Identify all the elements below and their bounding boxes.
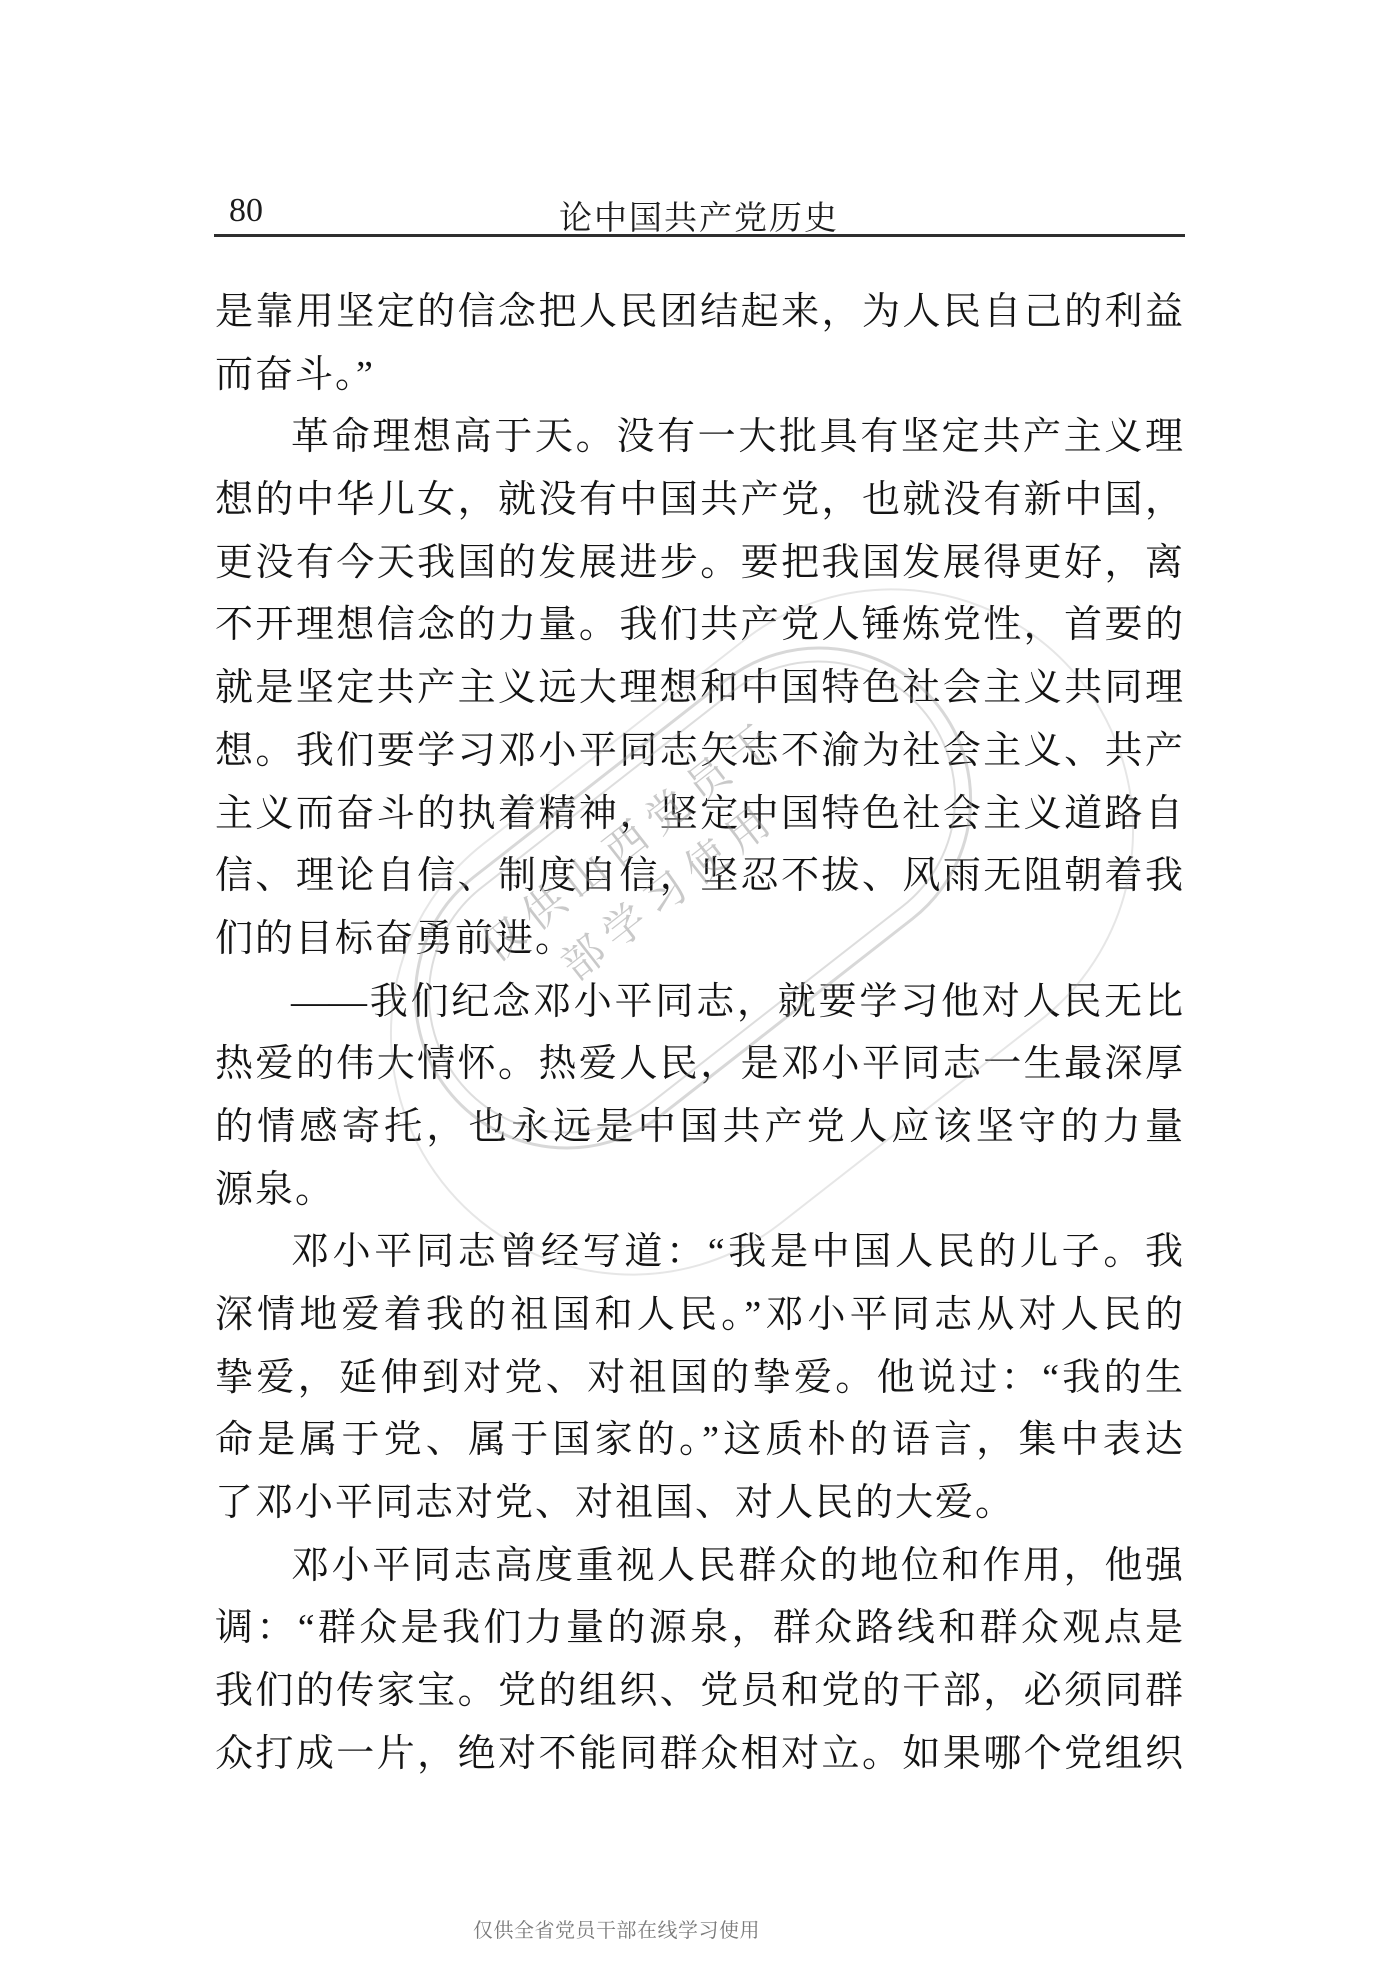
- text-line: 而奋斗。”: [215, 344, 1183, 407]
- text-line: 革命理想高于天。没有一大批具有坚定共产主义理: [215, 406, 1183, 469]
- text-line: 的情感寄托，也永远是中国共产党人应该坚守的力量: [215, 1096, 1183, 1159]
- text-line: 邓小平同志曾经写道：“我是中国人民的儿子。我: [215, 1221, 1183, 1284]
- text-line: ——我们纪念邓小平同志，就要学习他对人民无比: [215, 971, 1183, 1034]
- text-line: 热爱的伟大情怀。热爱人民，是邓小平同志一生最深厚: [215, 1033, 1183, 1096]
- text-line: 主义而奋斗的执着精神，坚定中国特色社会主义道路自: [215, 783, 1183, 846]
- body-text: 是靠用坚定的信念把人民团结起来，为人民自己的利益而奋斗。”革命理想高于天。没有一…: [215, 281, 1183, 1786]
- text-line: 众打成一片，绝对不能同群众相对立。如果哪个党组织: [215, 1723, 1183, 1786]
- text-line: 调：“群众是我们力量的源泉，群众路线和群众观点是: [215, 1597, 1183, 1660]
- text-line: 信、理论自信、制度自信，坚忍不拔、风雨无阻朝着我: [215, 845, 1183, 908]
- text-line: 了邓小平同志对党、对祖国、对人民的大爱。: [215, 1472, 1183, 1535]
- text-line: 深情地爱着我的祖国和人民。”邓小平同志从对人民的: [215, 1284, 1183, 1347]
- page-header: 80 论中国共产党历史: [215, 190, 1183, 234]
- text-line: 源泉。: [215, 1159, 1183, 1222]
- text-line: 们的目标奋勇前进。: [215, 908, 1183, 971]
- header-rule: [214, 234, 1185, 237]
- text-line: 命是属于党、属于国家的。”这质朴的语言，集中表达: [215, 1409, 1183, 1472]
- scanned-book-page: 80 论中国共产党历史 是靠用坚定的信念把人民团结起来，为人民自己的利益而奋斗。…: [0, 0, 1398, 1965]
- text-line: 挚爱，延伸到对党、对祖国的挚爱。他说过：“我的生: [215, 1347, 1183, 1410]
- text-line: 想。我们要学习邓小平同志矢志不渝为社会主义、共产: [215, 720, 1183, 783]
- running-title: 论中国共产党历史: [215, 192, 1183, 239]
- page-footer: 仅供全省党员干部在线学习使用: [473, 1914, 760, 1943]
- text-line: 想的中华儿女，就没有中国共产党，也就没有新中国，: [215, 469, 1183, 532]
- text-line: 就是坚定共产主义远大理想和中国特色社会主义共同理: [215, 657, 1183, 720]
- text-line: 不开理想信念的力量。我们共产党人锤炼党性，首要的: [215, 594, 1183, 657]
- text-line: 更没有今天我国的发展进步。要把我国发展得更好，离: [215, 532, 1183, 595]
- text-line: 我们的传家宝。党的组织、党员和党的干部，必须同群: [215, 1660, 1183, 1723]
- text-line: 邓小平同志高度重视人民群众的地位和作用，他强: [215, 1535, 1183, 1598]
- text-line: 是靠用坚定的信念把人民团结起来，为人民自己的利益: [215, 281, 1183, 344]
